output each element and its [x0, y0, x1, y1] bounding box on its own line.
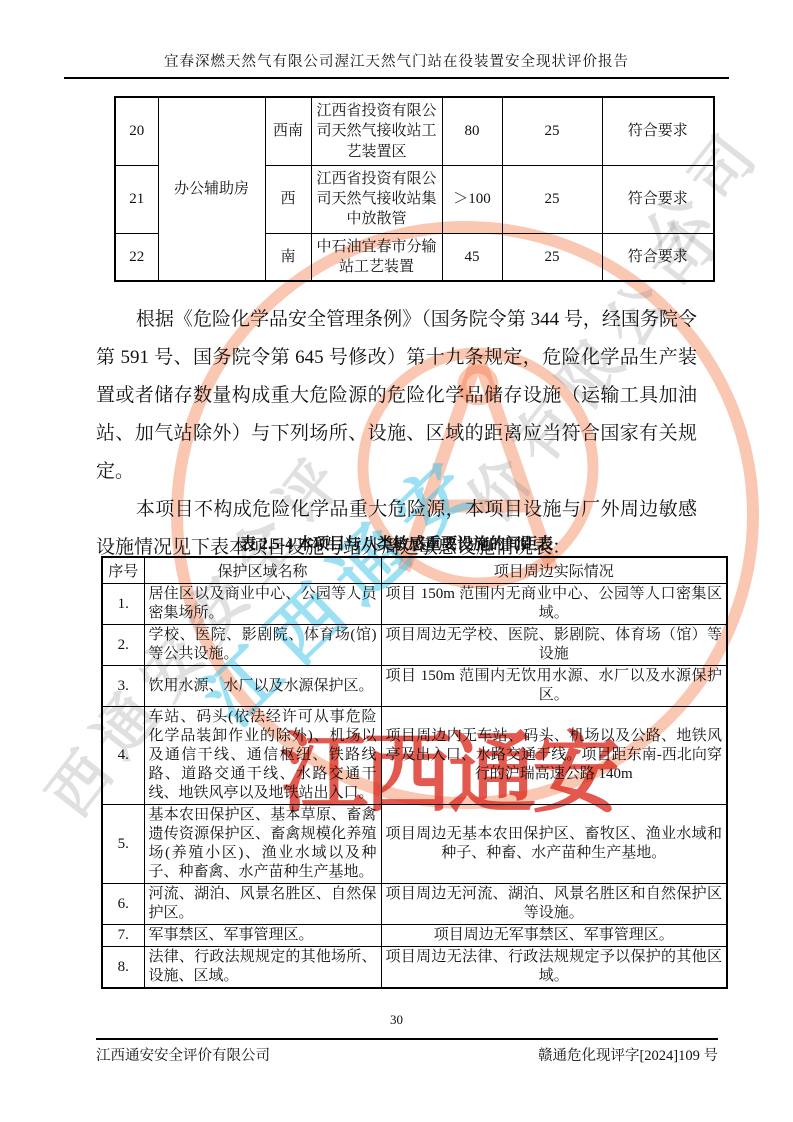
footer-document-number: 赣通危化现评字[2024]109 号 [538, 1044, 718, 1065]
actual-situation-cell: 项目 150m 范围内无饮用水源、水厂以及水源保护区。 [381, 666, 727, 707]
adjacent-facility-table: 20 办公辅助房 西南 江西省投资有限公司天然气接收站工艺装置区 80 25 符… [114, 96, 715, 282]
protected-area-cell: 车站、码头(依法经许可从事危险化学品装卸作业的除外)、机场以及通信干线、通信枢纽… [144, 707, 381, 805]
table-row: 8. 法律、行政法规规定的其他场所、设施、区域。 项目周边无法律、行政法规规定予… [102, 947, 727, 989]
direction-cell: 南 [265, 233, 311, 281]
table-row: 3. 饮用水源、水厂以及水源保护区。 项目 150m 范围内无饮用水源、水厂以及… [102, 666, 727, 707]
col-header: 项目周边实际情况 [381, 557, 727, 584]
page-footer: 江西通安安全评价有限公司 赣通危化现评字[2024]109 号 [96, 1038, 718, 1065]
col-header: 序号 [102, 557, 144, 584]
actual-situation-cell: 项目周边无学校、医院、影剧院、体育场（馆）等设施 [381, 625, 727, 666]
standard-cell: 25 [502, 97, 602, 165]
row-no: 6. [102, 884, 144, 925]
row-no: 8. [102, 947, 144, 989]
standard-cell: 25 [502, 233, 602, 281]
actual-situation-cell: 项目周边无基本农田保护区、畜牧区、渔业水域和种子、种畜、水产苗种生产基地。 [381, 805, 727, 884]
protected-area-cell: 饮用水源、水厂以及水源保护区。 [144, 666, 381, 707]
table-row: 2. 学校、医院、影剧院、体育场(馆)等公共设施。 项目周边无学校、医院、影剧院… [102, 625, 727, 666]
page-number: 30 [0, 1012, 793, 1028]
protected-area-cell: 河流、湖泊、风景名胜区、自然保护区。 [144, 884, 381, 925]
distance-cell: 45 [442, 233, 502, 281]
footer-company-name: 江西通安安全评价有限公司 [96, 1044, 270, 1065]
facility-cell: 江西省投资有限公司天然气接收站工艺装置区 [311, 97, 442, 165]
result-cell: 符合要求 [602, 97, 714, 165]
row-no: 21 [115, 165, 158, 233]
actual-situation-cell: 项目周边无法律、行政法规规定予以保护的其他区域。 [381, 947, 727, 989]
actual-situation-cell: 项目周边无军事禁区、军事管理区。 [381, 925, 727, 947]
row-no: 3. [102, 666, 144, 707]
direction-cell: 西 [265, 165, 311, 233]
table-row: 5. 基本农田保护区、基本草原、畜禽遗传资源保护区、畜禽规模化养殖场(养殖小区)… [102, 805, 727, 884]
merged-name-cell: 办公辅助房 [158, 97, 265, 281]
table-row: 4. 车站、码头(依法经许可从事危险化学品装卸作业的除外)、机场以及通信干线、通… [102, 707, 727, 805]
page-header-title: 宜春深燃天然气有限公司渥江天然气门站在役装置安全现状评价报告 [64, 50, 729, 79]
row-no: 1. [102, 584, 144, 625]
table-row: 20 办公辅助房 西南 江西省投资有限公司天然气接收站工艺装置区 80 25 符… [115, 97, 714, 165]
distance-table-title: 表 2.5-4 本项目与八类敏感重要设施的间距表 [0, 531, 793, 554]
document-page: 价有限公司 西通安安全评 公司 江西通安 江西通安 宜春深燃天然气有限公司渥江天… [0, 0, 793, 1122]
result-cell: 符合要求 [602, 165, 714, 233]
page-content: 宜春深燃天然气有限公司渥江天然气门站在役装置安全现状评价报告 20 办公辅助房 … [0, 0, 793, 1122]
protected-area-cell: 法律、行政法规规定的其他场所、设施、区域。 [144, 947, 381, 989]
body-paragraphs: 根据《危险化学品安全管理条例》（国务院令第 344 号，经国务院令第 591 号… [96, 301, 697, 567]
actual-situation-cell: 项目周边内无车站、码头、机场以及公路、地铁风亭及出入口、水路交通干线。项目距东南… [381, 707, 727, 805]
table-header-row: 序号 保护区域名称 项目周边实际情况 [102, 557, 727, 584]
row-no: 20 [115, 97, 158, 165]
row-no: 2. [102, 625, 144, 666]
actual-situation-cell: 项目周边无河流、湖泊、风景名胜区和自然保护区等设施。 [381, 884, 727, 925]
distance-cell: ＞100 [442, 165, 502, 233]
direction-cell: 西南 [265, 97, 311, 165]
table-row: 1. 居住区以及商业中心、公园等人员密集场所。 项目 150m 范围内无商业中心… [102, 584, 727, 625]
facility-cell: 江西省投资有限公司天然气接收站集中放散管 [311, 165, 442, 233]
protected-area-cell: 基本农田保护区、基本草原、畜禽遗传资源保护区、畜禽规模化养殖场(养殖小区)、渔业… [144, 805, 381, 884]
result-cell: 符合要求 [602, 233, 714, 281]
row-no: 22 [115, 233, 158, 281]
row-no: 4. [102, 707, 144, 805]
actual-situation-cell: 项目 150m 范围内无商业中心、公园等人口密集区域。 [381, 584, 727, 625]
row-no: 7. [102, 925, 144, 947]
sensitive-facility-distance-table: 序号 保护区域名称 项目周边实际情况 1. 居住区以及商业中心、公园等人员密集场… [101, 556, 728, 989]
col-header: 保护区域名称 [144, 557, 381, 584]
row-no: 5. [102, 805, 144, 884]
table-row: 6. 河流、湖泊、风景名胜区、自然保护区。 项目周边无河流、湖泊、风景名胜区和自… [102, 884, 727, 925]
table-row: 7. 军事禁区、军事管理区。 项目周边无军事禁区、军事管理区。 [102, 925, 727, 947]
protected-area-cell: 居住区以及商业中心、公园等人员密集场所。 [144, 584, 381, 625]
facility-cell: 中石油宜春市分输站工艺装置 [311, 233, 442, 281]
protected-area-cell: 学校、医院、影剧院、体育场(馆)等公共设施。 [144, 625, 381, 666]
standard-cell: 25 [502, 165, 602, 233]
paragraph: 根据《危险化学品安全管理条例》（国务院令第 344 号，经国务院令第 591 号… [96, 301, 697, 491]
distance-cell: 80 [442, 97, 502, 165]
protected-area-cell: 军事禁区、军事管理区。 [144, 925, 381, 947]
